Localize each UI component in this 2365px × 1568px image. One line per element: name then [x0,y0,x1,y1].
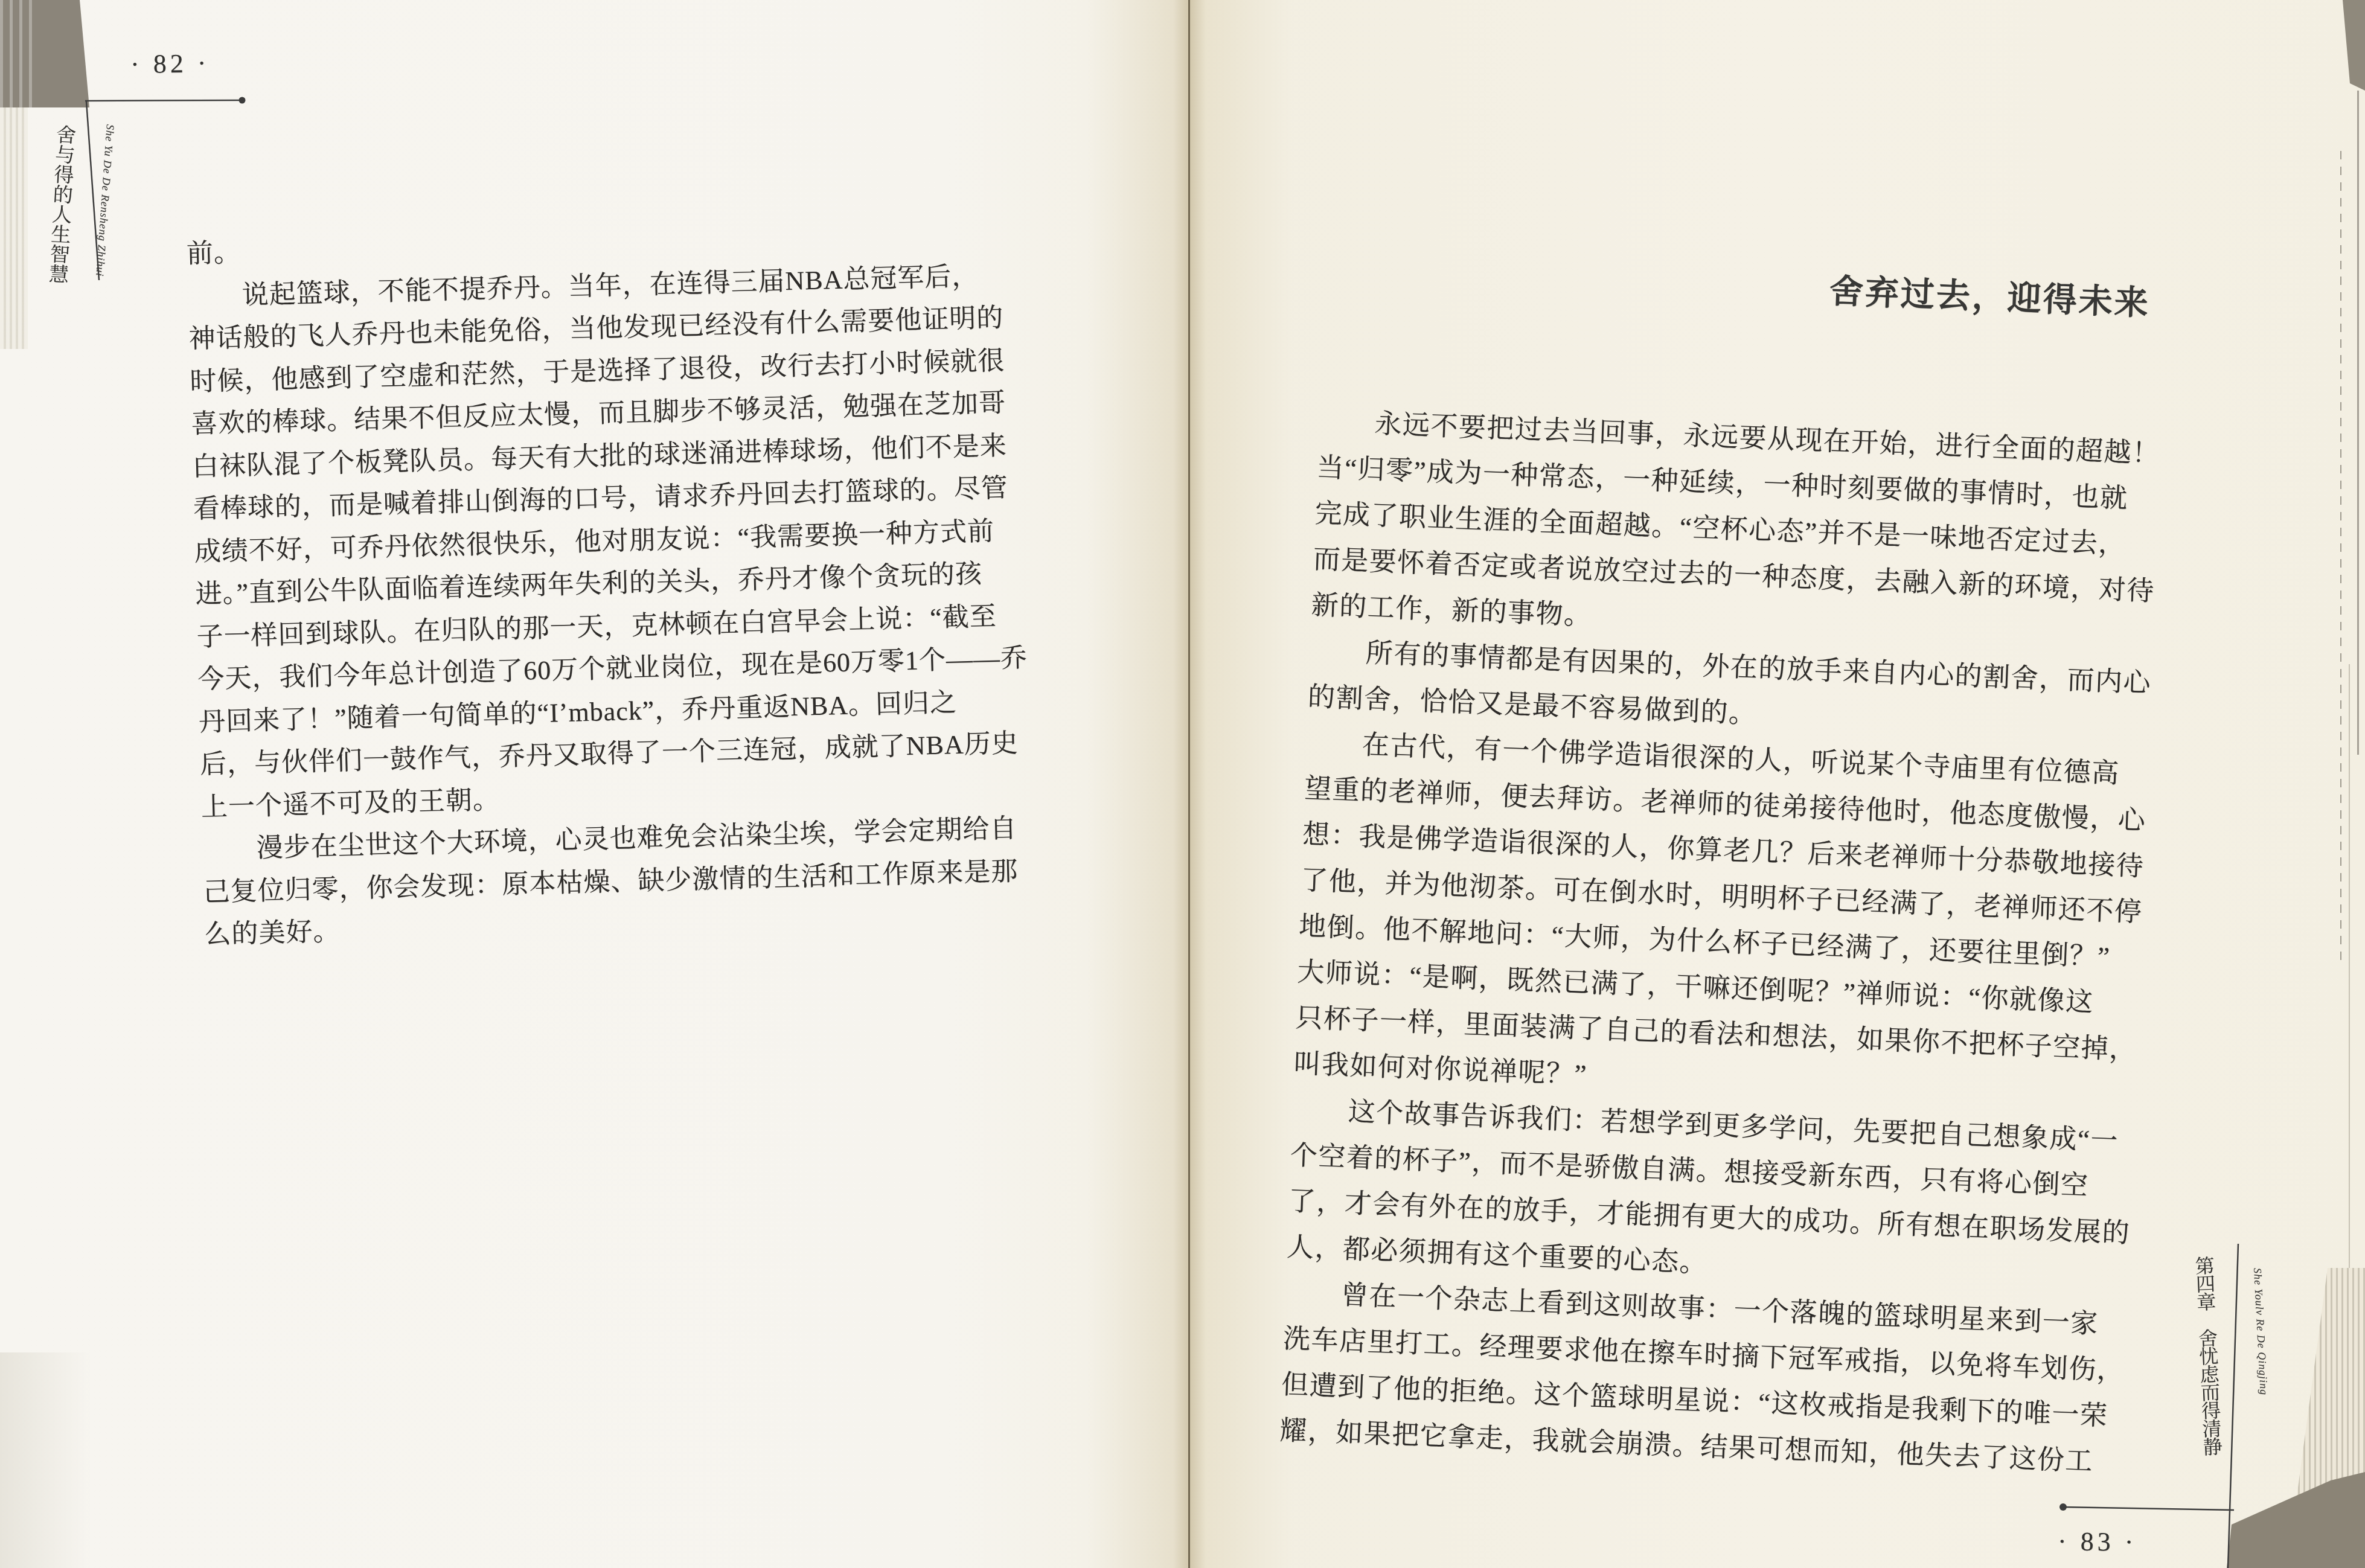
right-page-body-text: 永远不要把过去当回事，永远要从现在开始，进行全面的超越！当“归零”成为一种常态，… [1279,398,2200,1487]
margin-fold-line-right [2228,1244,2238,1568]
header-rule-left [85,100,242,101]
page-number-left: · 82 · [130,48,210,80]
footer-rule-right [2063,1507,2234,1510]
left-page-body-text: 前。 说起篮球，不能不提乔丹。当年，在连得三届NBA总冠军后，神话般的飞人乔丹也… [186,211,1062,956]
footer-rule-dot-right [2059,1503,2067,1511]
book-spread-scan: · 82 · 舍与得的人生智慧 She Yu De De Rensheng Zh… [0,0,2365,1568]
page-number-right: · 83 · [2058,1526,2137,1557]
header-rule-dot-left [239,97,246,104]
